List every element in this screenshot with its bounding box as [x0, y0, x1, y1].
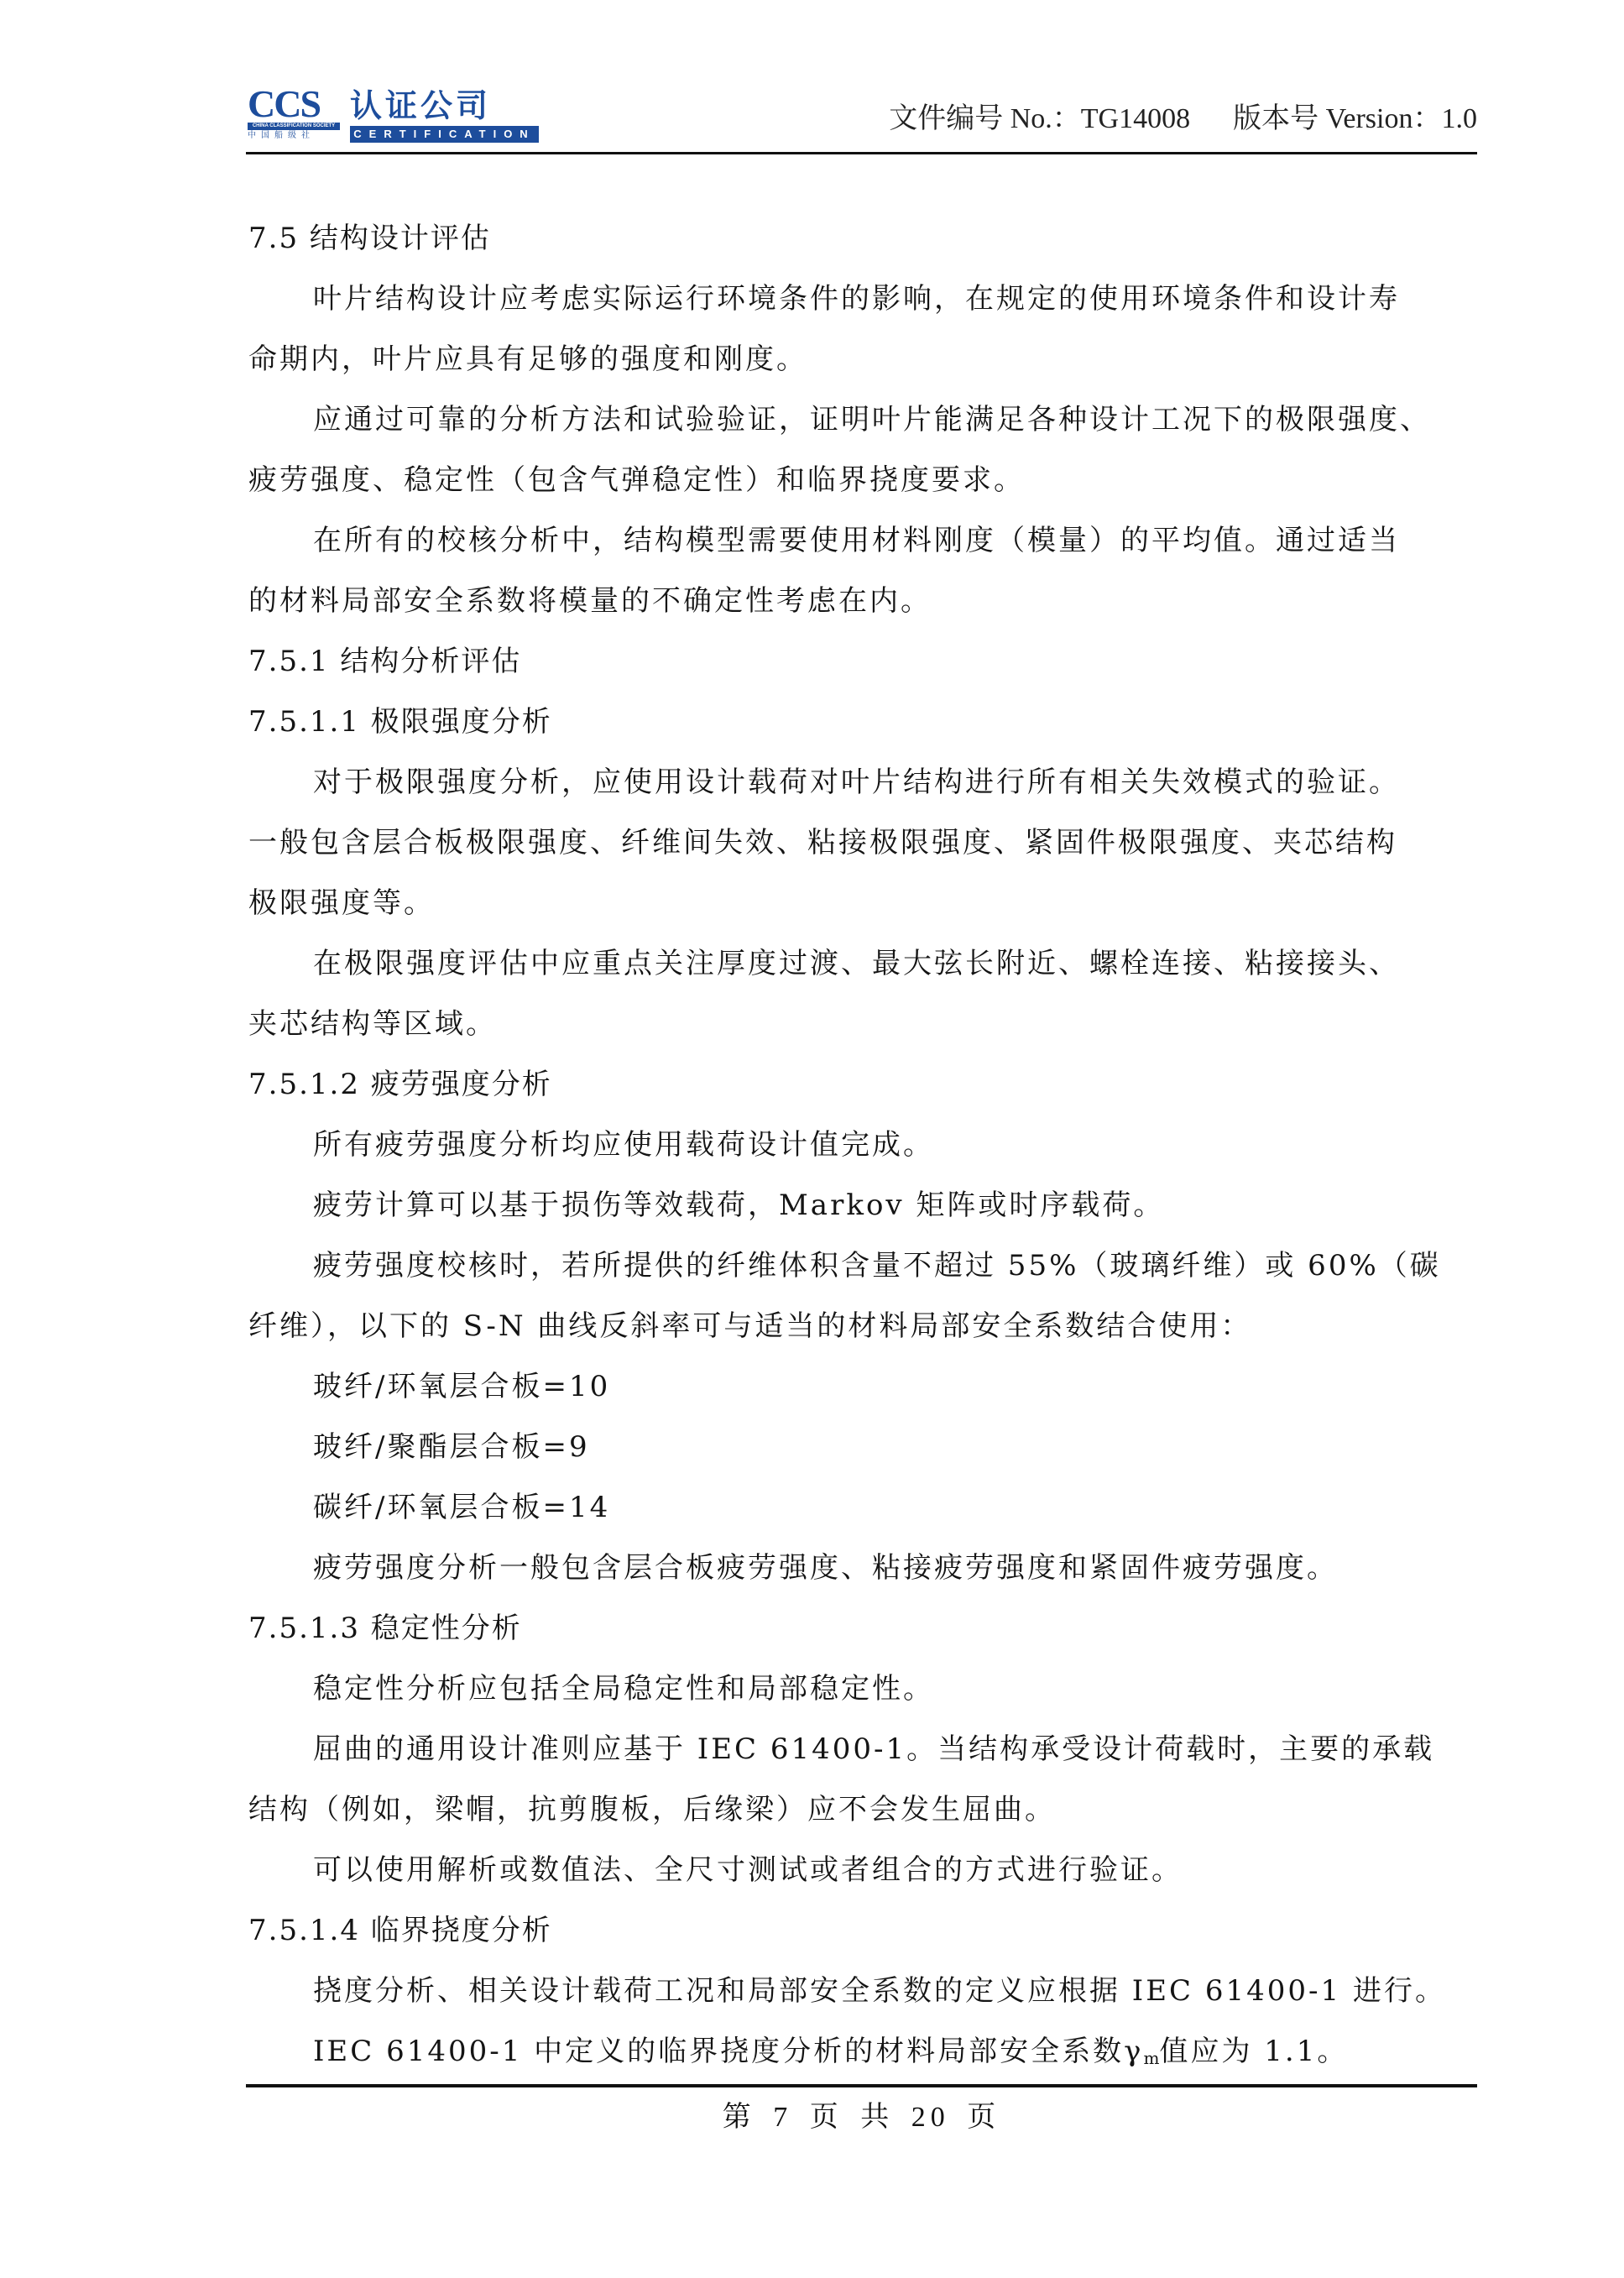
section-heading: 7.5.1.3 稳定性分析 — [248, 1598, 1478, 1659]
section-heading: 7.5 结构设计评估 — [248, 208, 1478, 269]
paragraph-line: 玻纤/环氧层合板=10 — [248, 1356, 1478, 1417]
header-divider — [246, 152, 1477, 154]
paragraph-line: 疲劳强度校核时，若所提供的纤维体积含量不超过 55%（玻璃纤维）或 60%（碳 — [248, 1236, 1478, 1296]
section-heading: 7.5.1 结构分析评估 — [248, 631, 1478, 692]
paragraph-line: 疲劳计算可以基于损伤等效载荷，Markov 矩阵或时序载荷。 — [248, 1175, 1478, 1236]
paragraph-line: 玻纤/聚酯层合板=9 — [248, 1417, 1478, 1477]
paragraph-line: IEC 61400-1 中定义的临界挠度分析的材料局部安全系数γm值应为 1.1… — [248, 2021, 1478, 2082]
gamma-symbol: γ — [1124, 2035, 1143, 2068]
paragraph-line: 疲劳强度、稳定性（包含气弹稳定性）和临界挠度要求。 — [248, 450, 1478, 510]
ccs-certification-logo: CCS CHINA CLASSIFICATION SOCIETY 中国船级社 认… — [248, 87, 539, 148]
version-number: 1.0 — [1442, 103, 1478, 134]
paragraph-line: 对于极限强度分析，应使用设计载荷对叶片结构进行所有相关失效模式的验证。 — [248, 752, 1478, 812]
company-name-en: CERTIFICATION — [350, 126, 539, 143]
paragraph-line: 在极限强度评估中应重点关注厚度过渡、最大弦长附近、螺栓连接、粘接接头、 — [248, 933, 1478, 994]
page-header: CCS CHINA CLASSIFICATION SOCIETY 中国船级社 认… — [248, 84, 1477, 151]
ccs-brand-mark: CCS — [248, 87, 340, 121]
section-heading: 7.5.1.2 疲劳强度分析 — [248, 1054, 1478, 1115]
paragraph-line: 所有疲劳强度分析均应使用载荷设计值完成。 — [248, 1115, 1478, 1175]
paragraph-line: 结构（例如，梁帽，抗剪腹板，后缘梁）应不会发生屈曲。 — [248, 1779, 1478, 1840]
gamma-subscript: m — [1144, 2048, 1160, 2068]
company-name-cn: 认证公司 — [350, 87, 539, 124]
ccs-logo-block: CCS CHINA CLASSIFICATION SOCIETY 中国船级社 — [248, 87, 340, 142]
doc-number: TG14008 — [1081, 103, 1190, 134]
document-body: 7.5 结构设计评估叶片结构设计应考虑实际运行环境条件的影响，在规定的使用环境条… — [248, 208, 1478, 2082]
paragraph-line: 疲劳强度分析一般包含层合板疲劳强度、粘接疲劳强度和紧固件疲劳强度。 — [248, 1538, 1478, 1598]
paragraph-line: 极限强度等。 — [248, 873, 1478, 933]
paragraph-line: 挠度分析、相关设计载荷工况和局部安全系数的定义应根据 IEC 61400-1 进… — [248, 1961, 1478, 2021]
paragraph-line: 一般包含层合板极限强度、纤维间失效、粘接极限强度、紧固件极限强度、夹芯结构 — [248, 812, 1478, 873]
section-heading: 7.5.1.4 临界挠度分析 — [248, 1900, 1478, 1961]
society-name-cn: 中国船级社 — [248, 130, 340, 142]
paragraph-line: 在所有的校核分析中，结构模型需要使用材料刚度（模量）的平均值。通过适当 — [248, 510, 1478, 571]
text-after-symbol: 值应为 1.1。 — [1159, 2035, 1348, 2068]
document-meta: 文件编号 No.：TG14008 版本号 Version：1.0 — [889, 102, 1477, 136]
paragraph-line: 屈曲的通用设计准则应基于 IEC 61400-1。当结构承受设计荷载时，主要的承… — [248, 1719, 1478, 1779]
page-number: 第 7 页 共 20 页 — [246, 2098, 1477, 2137]
paragraph-line: 可以使用解析或数值法、全尺寸测试或者组合的方式进行验证。 — [248, 1840, 1478, 1900]
paragraph-line: 的材料局部安全系数将模量的不确定性考虑在内。 — [248, 571, 1478, 631]
paragraph-line: 纤维），以下的 S-N 曲线反斜率可与适当的材料局部安全系数结合使用： — [248, 1296, 1478, 1356]
paragraph-line: 碳纤/环氧层合板=14 — [248, 1477, 1478, 1538]
paragraph-line: 应通过可靠的分析方法和试验验证，证明叶片能满足各种设计工况下的极限强度、 — [248, 389, 1478, 450]
paragraph-line: 命期内，叶片应具有足够的强度和刚度。 — [248, 329, 1478, 389]
version-label: 版本号 Version： — [1233, 103, 1441, 134]
paragraph-line: 稳定性分析应包括全局稳定性和局部稳定性。 — [248, 1659, 1478, 1719]
section-heading: 7.5.1.1 极限强度分析 — [248, 692, 1478, 752]
paragraph-line: 叶片结构设计应考虑实际运行环境条件的影响，在规定的使用环境条件和设计寿 — [248, 269, 1478, 329]
doc-number-label: 文件编号 No.： — [889, 103, 1081, 134]
paragraph-line: 夹芯结构等区域。 — [248, 994, 1478, 1054]
footer-divider — [246, 2084, 1477, 2087]
certification-logo-block: 认证公司 CERTIFICATION — [350, 87, 539, 143]
text-before-symbol: IEC 61400-1 中定义的临界挠度分析的材料局部安全系数 — [313, 2035, 1124, 2068]
